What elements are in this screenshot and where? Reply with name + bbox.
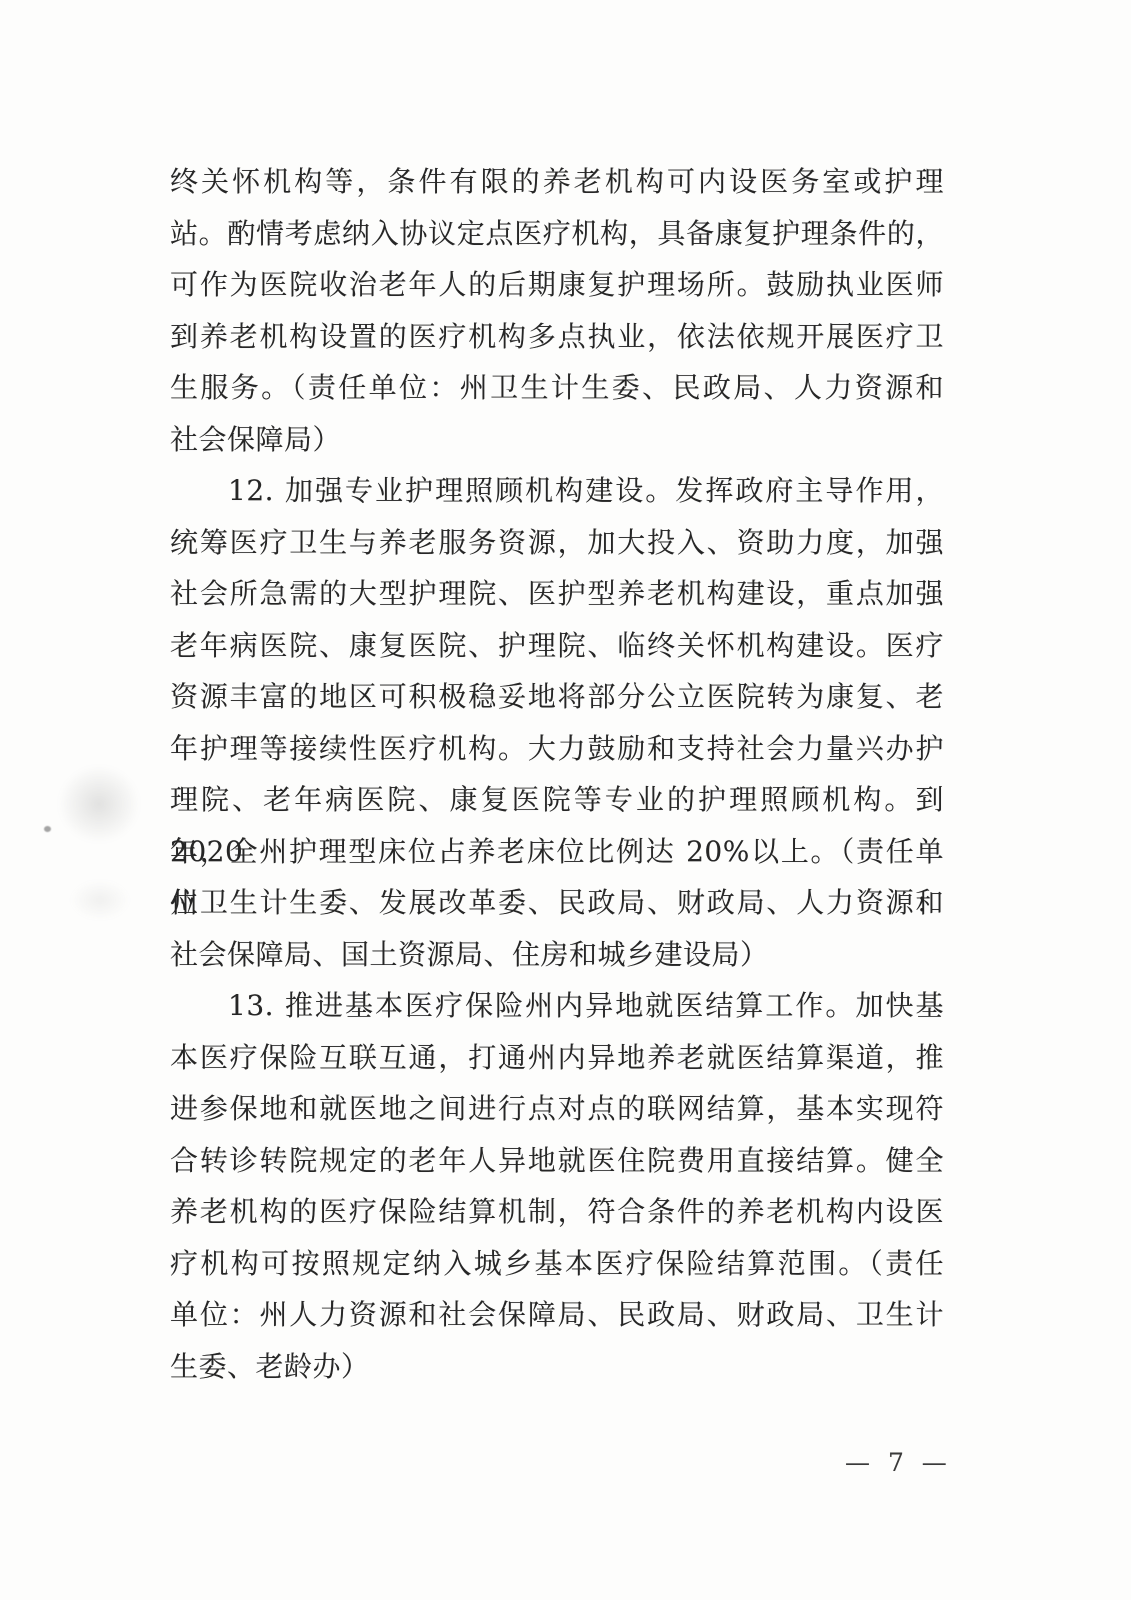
text-line: 资源丰富的地区可积极稳妥地将部分公立医院转为康复、老 — [170, 671, 944, 723]
text-line: 13. 推进基本医疗保险州内异地就医结算工作。加快基 — [170, 980, 944, 1032]
text-line: 统筹医疗卫生与养老服务资源，加大投入、资助力度，加强 — [170, 517, 944, 569]
text-line: 合转诊转院规定的老年人异地就医住院费用直接结算。健全 — [170, 1135, 944, 1187]
text-line: 疗机构可按照规定纳入城乡基本医疗保险结算范围。（责任 — [170, 1238, 944, 1290]
text-line: 本医疗保险互联互通，打通州内异地养老就医结算渠道，推 — [170, 1032, 944, 1084]
text-line: 终关怀机构等，条件有限的养老机构可内设医务室或护理 — [170, 156, 944, 208]
text-line: 理院、老年病医院、康复医院等专业的护理照顾机构。到 2020 — [170, 774, 944, 826]
text-line: 到养老机构设置的医疗机构多点执业，依法依规开展医疗卫 — [170, 311, 944, 363]
page-number: — 7 — — [845, 1448, 952, 1477]
text-line: 可作为医院收治老年人的后期康复护理场所。鼓励执业医师 — [170, 259, 944, 311]
text-line: 12. 加强专业护理照顾机构建设。发挥政府主导作用， — [170, 465, 944, 517]
text-line: 社会保障局、国土资源局、住房和城乡建设局） — [170, 929, 944, 981]
document-body: 终关怀机构等，条件有限的养老机构可内设医务室或护理站。酌情考虑纳入协议定点医疗机… — [170, 156, 944, 1392]
text-line: 社会所急需的大型护理院、医护型养老机构建设，重点加强 — [170, 568, 944, 620]
text-line: 年护理等接续性医疗机构。大力鼓励和支持社会力量兴办护 — [170, 723, 944, 775]
text-line: 生委、老龄办） — [170, 1341, 944, 1393]
document-page: 终关怀机构等，条件有限的养老机构可内设医务室或护理站。酌情考虑纳入协议定点医疗机… — [0, 0, 1131, 1600]
text-line: 站。酌情考虑纳入协议定点医疗机构，具备康复护理条件的， — [170, 208, 944, 260]
text-line: 社会保障局） — [170, 414, 944, 466]
para-12: 12. 加强专业护理照顾机构建设。发挥政府主导作用，统筹医疗卫生与养老服务资源，… — [170, 465, 944, 980]
para-11-continuation: 终关怀机构等，条件有限的养老机构可内设医务室或护理站。酌情考虑纳入协议定点医疗机… — [170, 156, 944, 465]
text-line: 养老机构的医疗保险结算机制，符合条件的养老机构内设医 — [170, 1186, 944, 1238]
text-line: 单位：州人力资源和社会保障局、民政局、财政局、卫生计 — [170, 1289, 944, 1341]
text-line: 进参保地和就医地之间进行点对点的联网结算，基本实现符 — [170, 1083, 944, 1135]
scan-artifact-dot — [44, 826, 51, 832]
text-line: 年，全州护理型床位占养老床位比例达 20%以上。（责任单位： — [170, 826, 944, 878]
scan-artifact-smudge — [58, 765, 140, 843]
text-line: 州卫生计生委、发展改革委、民政局、财政局、人力资源和 — [170, 877, 944, 929]
text-line: 老年病医院、康复医院、护理院、临终关怀机构建设。医疗 — [170, 620, 944, 672]
text-line: 生服务。（责任单位：州卫生计生委、民政局、人力资源和 — [170, 362, 944, 414]
scan-artifact-faint — [70, 880, 130, 920]
para-13: 13. 推进基本医疗保险州内异地就医结算工作。加快基本医疗保险互联互通，打通州内… — [170, 980, 944, 1392]
